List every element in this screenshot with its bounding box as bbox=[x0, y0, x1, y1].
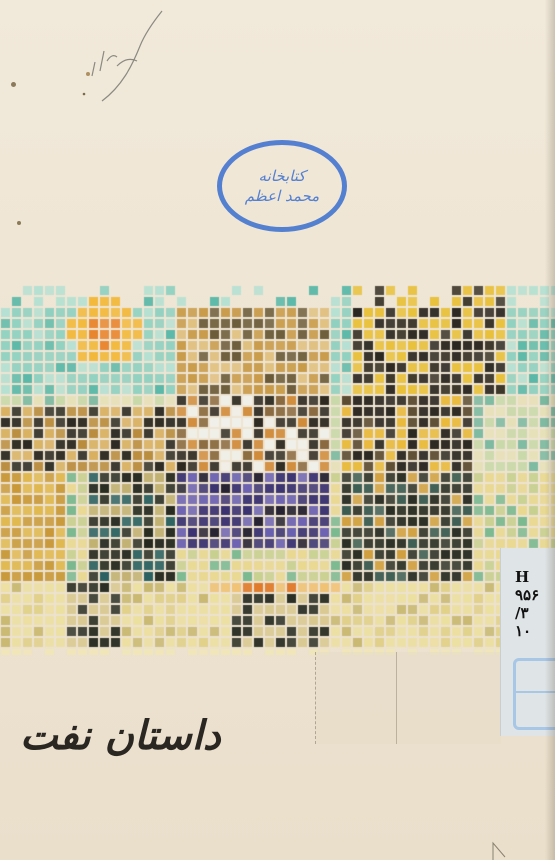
call-number-line-4: ۱۰ bbox=[515, 622, 539, 640]
tape-patch bbox=[315, 652, 501, 744]
call-number-line-2: ۹۵۶ bbox=[515, 586, 539, 604]
pencil-mark bbox=[490, 835, 510, 860]
speck bbox=[11, 82, 16, 87]
library-stamp: کتابخانه محمد اعظم bbox=[217, 140, 347, 232]
call-number-line-1: H bbox=[515, 568, 539, 586]
call-number-line-3: /۳ bbox=[515, 604, 539, 622]
speck bbox=[17, 221, 21, 225]
spine-shadow bbox=[545, 0, 555, 860]
book-cover: کتابخانه محمد اعظم H ۹۵۶ /۳ ۱۰ داستان نف… bbox=[0, 0, 555, 860]
handwritten-note bbox=[62, 6, 182, 106]
book-title: داستان نفت bbox=[20, 712, 221, 759]
stamp-line-2: محمد اعظم bbox=[245, 186, 319, 206]
stamp-line-1: کتابخانه bbox=[259, 166, 306, 186]
cover-illustration bbox=[0, 285, 555, 655]
